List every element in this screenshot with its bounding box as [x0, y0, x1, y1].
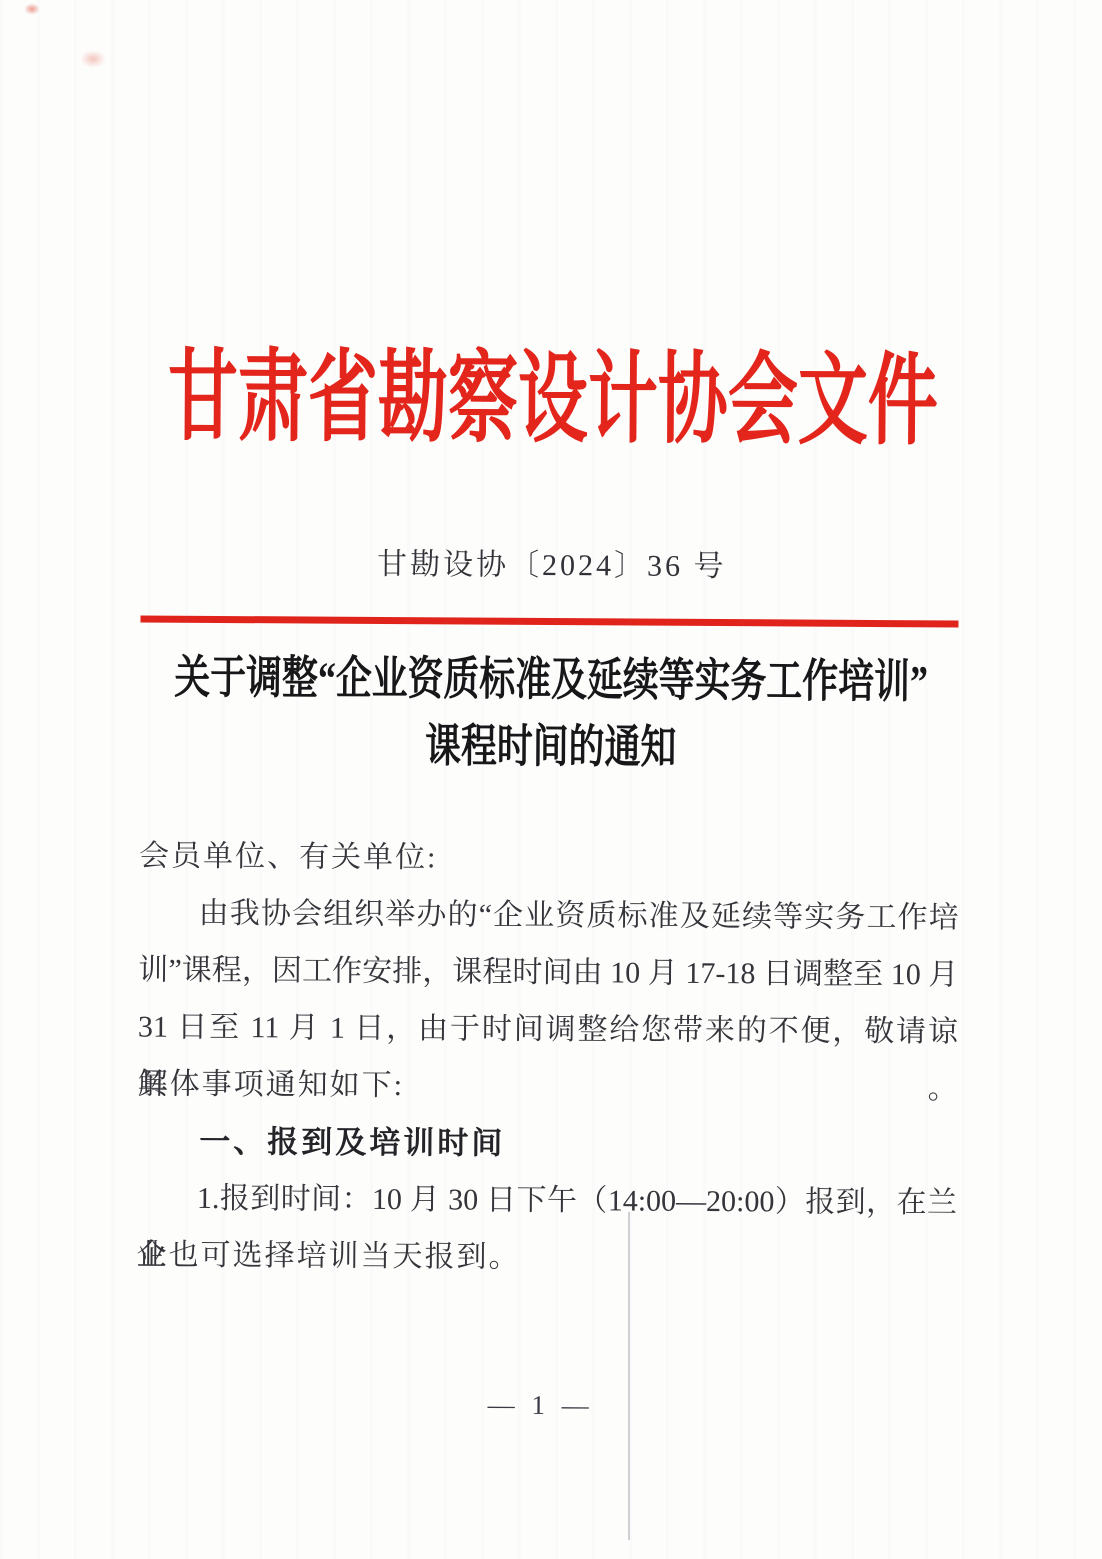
paragraph-line: 训”课程，因工作安排，课程时间由 10 月 17-18 日调整至 10 月 [138, 941, 958, 1003]
notice-title-line-2: 课程时间的通知 [121, 710, 981, 782]
paragraph-line: 1.报到时间：10 月 30 日下午（14:00—20:00）报到，在兰企 [137, 1169, 957, 1231]
paragraph-line: 由我协会组织举办的“企业资质标准及延续等实务工作培 [139, 884, 959, 946]
scanned-content: 甘肃省勘察设计协会文件 甘勘设协〔2024〕36 号 关于调整“企业资质标准及延… [0, 0, 1102, 1559]
page-number: — 1 — [0, 1387, 1092, 1424]
document-number: 甘勘设协〔2024〕36 号 [1, 546, 1102, 587]
paragraph-line: 业也可选择培训当天报到。 [136, 1226, 956, 1288]
paragraph-line: 31 日至 11 月 1 日，由于时间调整给您带来的不便，敬请谅解。 [138, 998, 958, 1060]
red-divider-line [140, 615, 958, 627]
document-page: 甘肃省勘察设计协会文件 甘勘设协〔2024〕36 号 关于调整“企业资质标准及延… [0, 0, 1102, 1559]
notice-title: 关于调整“企业资质标准及延续等实务工作培训” 课程时间的通知 [0, 643, 1102, 784]
salutation-line: 会员单位、有关单位: [139, 827, 959, 889]
masthead-title: 甘肃省勘察设计协会文件 [2, 345, 1102, 456]
notice-title-line-1: 关于调整“企业资质标准及延续等实务工作培训” [121, 643, 981, 715]
section-heading: 一、报到及培训时间 [137, 1112, 957, 1174]
body-text: 会员单位、有关单位: 由我协会组织举办的“企业资质标准及延续等实务工作培 训”课… [136, 827, 959, 1288]
masthead-title-text: 甘肃省勘察设计协会文件 [168, 346, 939, 455]
